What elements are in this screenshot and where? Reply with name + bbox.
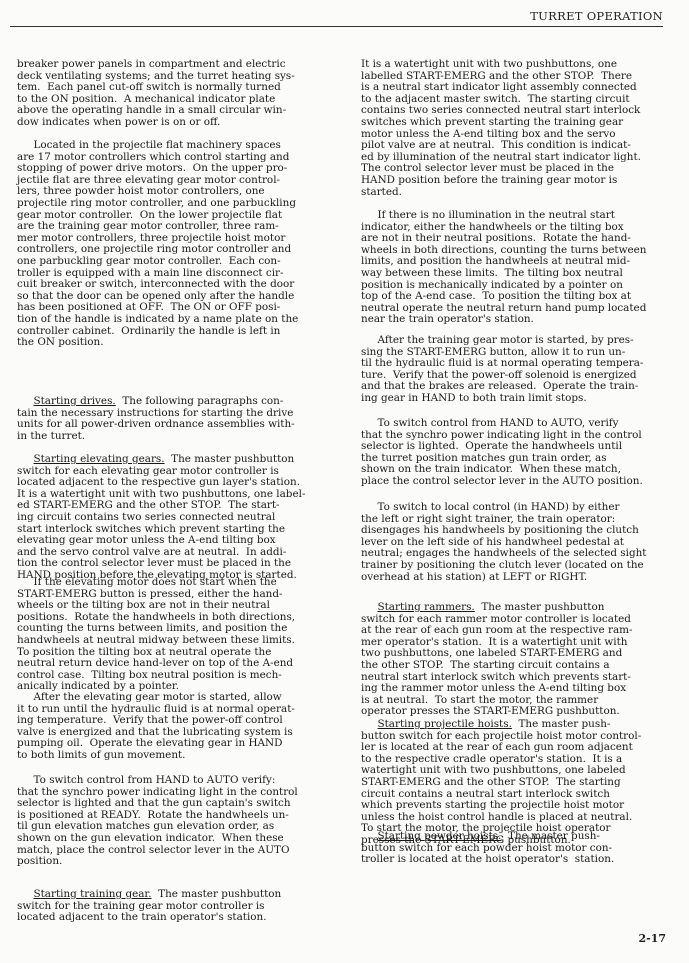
- text-line: If the elevating motor does not start wh…: [17, 577, 347, 589]
- paragraph-heading: Starting powder hoists.: [378, 830, 502, 842]
- page-number: 2-17: [638, 932, 666, 945]
- indent: [361, 718, 378, 730]
- text-line: cuit breaker or switch, interconnected w…: [17, 279, 347, 291]
- indent: [17, 453, 34, 465]
- heading-line: Starting elevating gears. The master pus…: [17, 454, 347, 466]
- text-line: near the train operator's station.: [361, 314, 689, 326]
- heading-line: Starting powder hoists. The master push-: [361, 831, 689, 843]
- paragraph: Located in the projectile flat machinery…: [17, 140, 347, 349]
- line-text: The master pushbutton: [165, 453, 295, 465]
- line-text: The master pushbutton: [152, 888, 282, 900]
- section-title: TURRET OPERATION: [530, 9, 663, 23]
- paragraph: To switch control from HAND to AUTO veri…: [17, 775, 347, 868]
- text-line: projectile ring motor controller, and on…: [17, 198, 347, 210]
- text-line: operator presses the START-EMERG pushbut…: [361, 706, 689, 718]
- text-line: top of the A-end case. To position the t…: [361, 291, 689, 303]
- line-text: The following paragraphs con-: [116, 395, 284, 407]
- text-line: ing gear in HAND to both train limit sto…: [361, 393, 689, 405]
- section-paragraph: Starting elevating gears. The master pus…: [17, 454, 347, 582]
- text-line: breaker power panels in compartment and …: [17, 59, 347, 71]
- heading-line: Starting projectile hoists. The master p…: [361, 719, 689, 731]
- text-line: To switch to local control (in HAND) by …: [361, 502, 689, 514]
- text-line: match, place the control selector lever …: [17, 845, 347, 857]
- indent: [361, 601, 378, 613]
- text-line: neutral return device hand-lever on top …: [17, 658, 347, 670]
- indent: [17, 395, 34, 407]
- text-line: shown on the gun elevation indicator. Wh…: [17, 833, 347, 845]
- section-paragraph: Starting projectile hoists. The master p…: [361, 719, 689, 847]
- text-line: To switch control from HAND to AUTO veri…: [17, 775, 347, 787]
- paragraph-heading: Starting training gear.: [34, 888, 152, 900]
- text-line: After the elevating gear motor is starte…: [17, 692, 347, 704]
- heading-line: Starting training gear. The master pushb…: [17, 889, 347, 901]
- text-line: are the training gear motor controller, …: [17, 221, 347, 233]
- paragraph: If the elevating motor does not start wh…: [17, 577, 347, 693]
- indent: [17, 888, 34, 900]
- text-line: the ON position.: [17, 337, 347, 349]
- paragraph: It is a watertight unit with two pushbut…: [361, 59, 689, 198]
- text-line: trainer by positioning the clutch lever …: [361, 560, 689, 572]
- text-line: started.: [361, 187, 689, 199]
- line-text: The master pushbutton: [475, 601, 605, 613]
- paragraph: To switch control from HAND to AUTO, ver…: [361, 418, 689, 488]
- text-line: the other STOP. The starting circuit con…: [361, 660, 689, 672]
- section-paragraph: Starting drives. The following paragraph…: [17, 396, 347, 442]
- text-line: It is a watertight unit with two pushbut…: [361, 59, 689, 71]
- text-line: ing the rammer motor unless the A-end ti…: [361, 683, 689, 695]
- paragraph: After the training gear motor is started…: [361, 335, 689, 405]
- text-line: pilot valve are at neutral. This conditi…: [361, 140, 689, 152]
- heading-line: Starting rammers. The master pushbutton: [361, 602, 689, 614]
- text-line: switches which prevent starting the trai…: [361, 117, 689, 129]
- text-line: place the control selector lever in the …: [361, 476, 689, 488]
- text-line: one parbuckling gear motor controller. E…: [17, 256, 347, 268]
- text-line: handwheels at neutral midway between the…: [17, 635, 347, 647]
- text-line: HAND position before the training gear m…: [361, 175, 689, 187]
- text-line: located adjacent to the train operator's…: [17, 912, 347, 924]
- section-paragraph: Starting powder hoists. The master push-…: [361, 831, 689, 866]
- paragraph-heading: Starting projectile hoists.: [378, 718, 512, 730]
- paragraph: breaker power panels in compartment and …: [17, 59, 347, 129]
- paragraph-heading: Starting rammers.: [378, 601, 475, 613]
- text-line: way between these limits. The tilting bo…: [361, 268, 689, 280]
- paragraph-heading: Starting drives.: [34, 395, 116, 407]
- text-line: elevating gear motor unless the A-end ti…: [17, 535, 347, 547]
- text-line: which prevents starting the projectile h…: [361, 800, 689, 812]
- text-line: After the training gear motor is started…: [361, 335, 689, 347]
- section-paragraph: Starting rammers. The master pushbuttons…: [361, 602, 689, 718]
- line-text: The master push-: [512, 718, 611, 730]
- paragraph: After the elevating gear motor is starte…: [17, 692, 347, 762]
- line-text: The master push-: [501, 830, 600, 842]
- header-rule: [10, 26, 663, 27]
- text-line: Located in the projectile flat machinery…: [17, 140, 347, 152]
- heading-line: Starting drives. The following paragraph…: [17, 396, 347, 408]
- paragraph: If there is no illumination in the neutr…: [361, 210, 689, 326]
- paragraph: To switch to local control (in HAND) by …: [361, 502, 689, 583]
- paragraph-heading: Starting elevating gears.: [34, 453, 165, 465]
- text-line: troller is located at the hoist operator…: [361, 854, 689, 866]
- text-line: dow indicates when power is on or off.: [17, 117, 347, 129]
- text-line: to both limits of gun movement.: [17, 750, 347, 762]
- text-line: START-EMERG and the other STOP. The star…: [361, 777, 689, 789]
- section-paragraph: Starting training gear. The master pushb…: [17, 889, 347, 924]
- text-line: ing circuit contains two series connecte…: [17, 512, 347, 524]
- text-line: overhead at his station) at LEFT or RIGH…: [361, 572, 689, 584]
- text-line: If there is no illumination in the neutr…: [361, 210, 689, 222]
- indent: [361, 830, 378, 842]
- text-line: in the turret.: [17, 431, 347, 443]
- text-line: To switch control from HAND to AUTO, ver…: [361, 418, 689, 430]
- text-line: position.: [17, 856, 347, 868]
- text-line: tion of the handle is indicated by a nam…: [17, 314, 347, 326]
